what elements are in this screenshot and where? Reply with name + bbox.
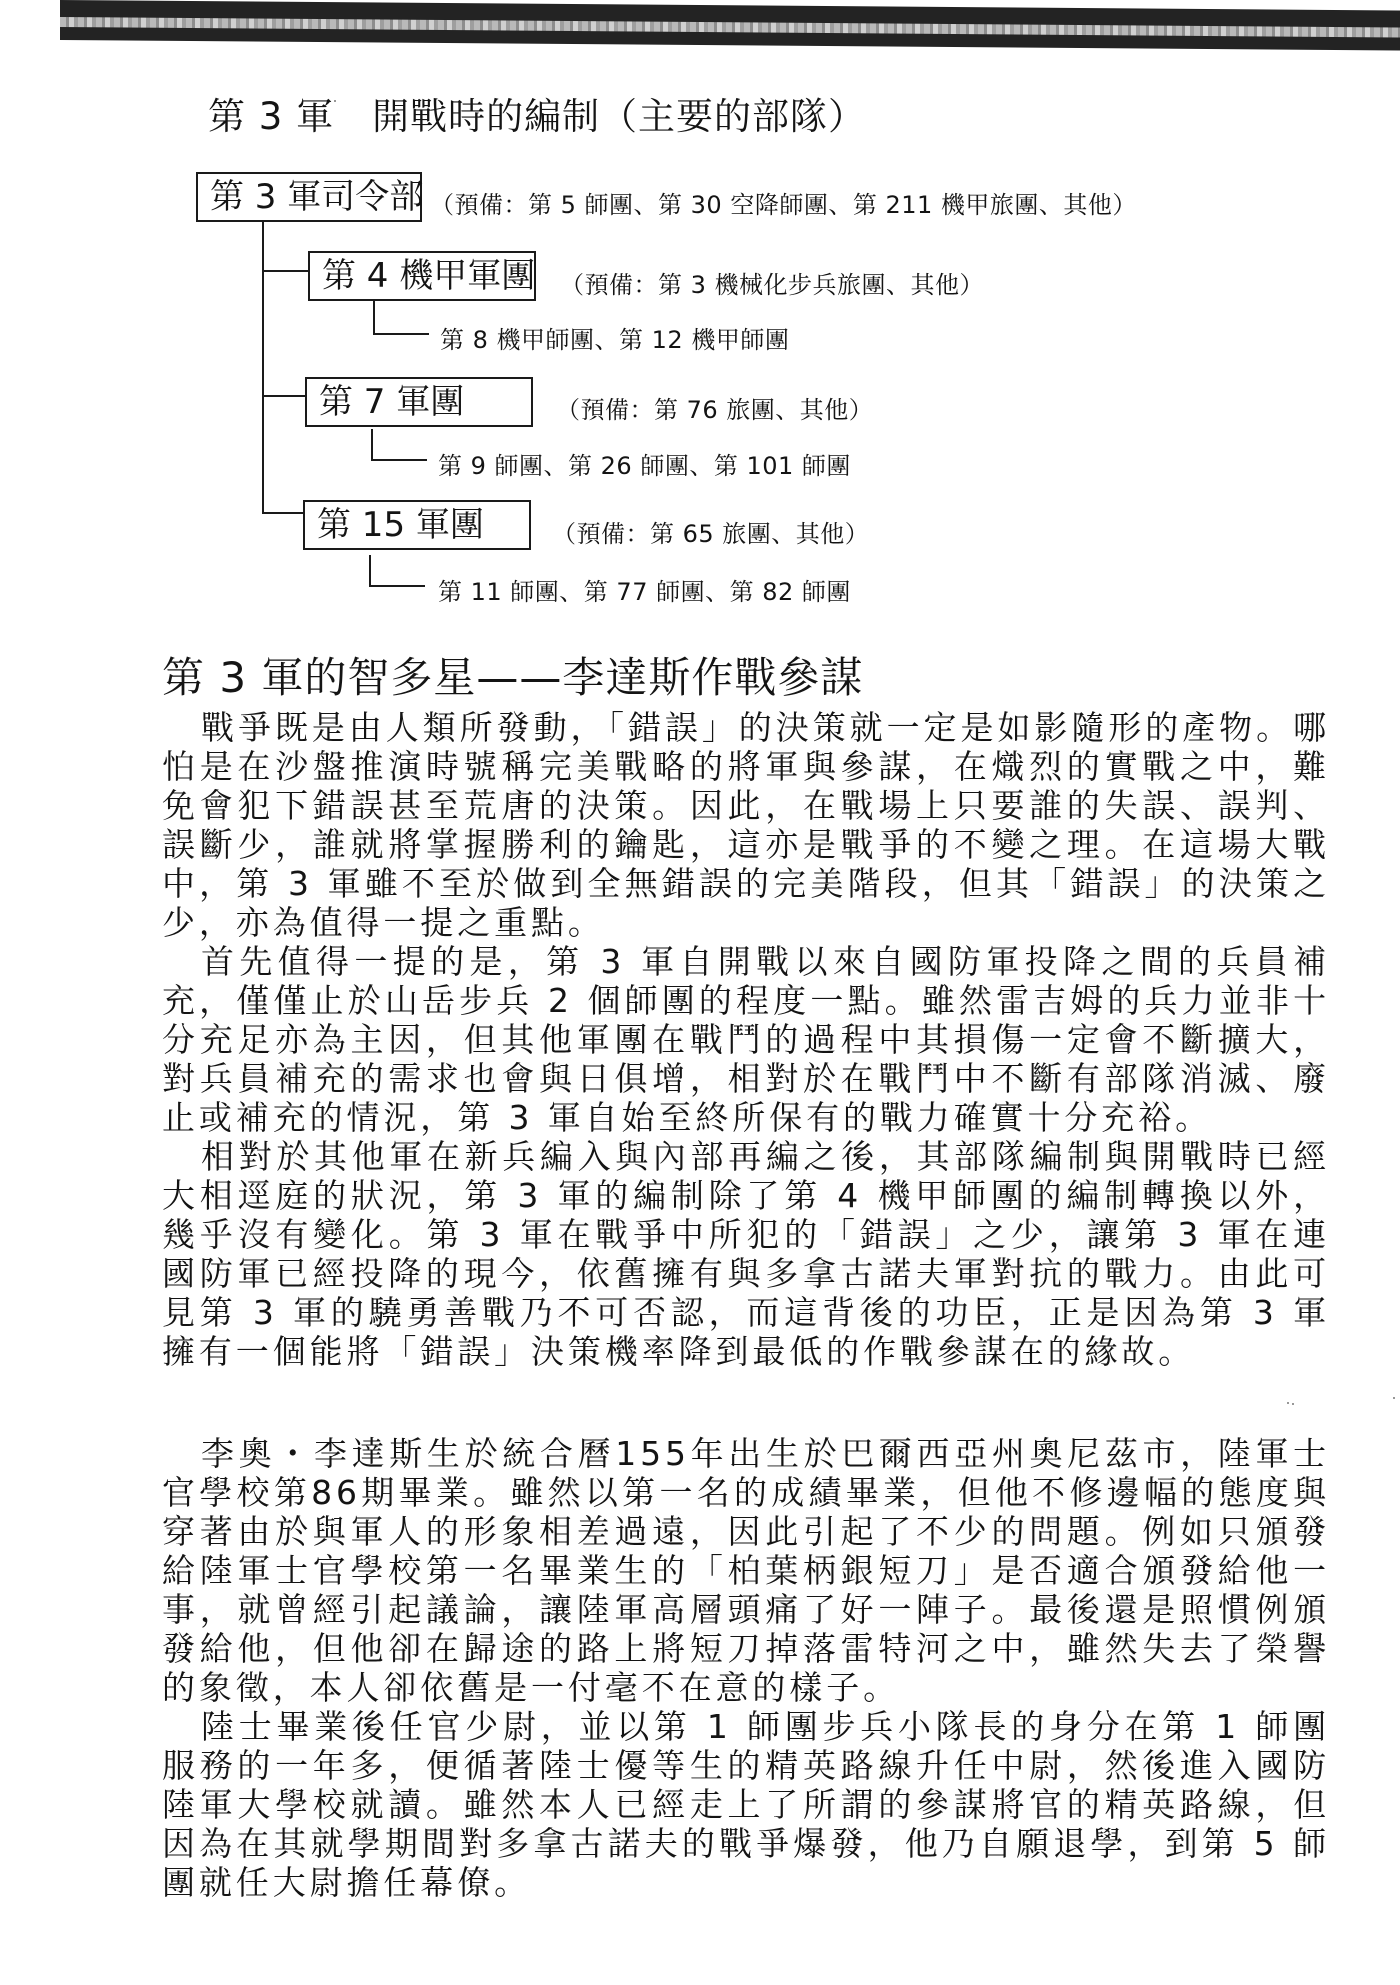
corps-box-15th: 第 15 軍團 <box>303 500 531 550</box>
paragraph: 首先值得一提的是，第 3 軍自開戰以來自國防軍投降之間的兵員補充，僅僅止於山岳步… <box>162 942 1330 1137</box>
article-section-2: 李奧・李達斯生於統合曆155年出生於巴爾西亞州奧尼茲市，陸軍士官學校第86期畢業… <box>162 1434 1330 1902</box>
scan-speck <box>1393 1397 1395 1399</box>
page-edge-band <box>60 0 1400 51</box>
division-branch-connector <box>369 585 425 587</box>
paragraph: 相對於其他軍在新兵編入與內部再編之後，其部隊編制與開戰時已經大相逕庭的狀況，第 … <box>162 1137 1330 1371</box>
corps-label: 第 7 軍團 <box>319 385 464 419</box>
corps-reserve: （預備：第 3 機械化步兵旅團、其他） <box>560 265 984 300</box>
root-hq-label: 第 3 軍司令部 <box>210 180 423 214</box>
corps-reserve: （預備：第 65 旅團、其他） <box>552 514 869 549</box>
article-section-1: 戰爭既是由人類所發動，「錯誤」的決策就一定是如影隨形的產物。哪怕是在沙盤推演時號… <box>162 708 1330 1371</box>
section-heading: 第 3 軍的智多星——李達斯作戰參謀 <box>162 645 863 705</box>
page-edge-stripe <box>60 17 1400 38</box>
paragraph: 戰爭既是由人類所發動，「錯誤」的決策就一定是如影隨形的產物。哪怕是在沙盤推演時號… <box>162 708 1330 942</box>
division-branch-connector <box>371 459 427 461</box>
paragraph: 陸士畢業後任官少尉，並以第 1 師團步兵小隊長的身分在第 1 師團服務的一年多，… <box>162 1707 1330 1902</box>
connector-corps-1 <box>262 270 310 272</box>
connector-corps-2 <box>262 395 308 397</box>
division-branch-line <box>369 555 371 587</box>
root-hq-box: 第 3 軍司令部 <box>196 172 422 222</box>
scan-speck <box>1287 1402 1289 1404</box>
corps-label: 第 4 機甲軍團 <box>322 259 535 293</box>
corps-box-7th: 第 7 軍團 <box>305 377 533 427</box>
org-trunk-line <box>262 222 264 514</box>
corps-divisions: 第 9 師團、第 26 師團、第 101 師團 <box>438 446 851 481</box>
corps-divisions: 第 8 機甲師團、第 12 機甲師團 <box>440 320 789 355</box>
division-branch-line <box>373 301 375 335</box>
scan-speck <box>1292 1403 1294 1405</box>
paragraph: 李奧・李達斯生於統合曆155年出生於巴爾西亞州奧尼茲市，陸軍士官學校第86期畢業… <box>162 1434 1330 1707</box>
division-branch-connector <box>373 333 429 335</box>
corps-label: 第 15 軍團 <box>317 508 484 542</box>
scan-speck <box>334 100 336 102</box>
org-chart-title: 第 3 軍 開戰時的編制（主要的部隊） <box>208 86 866 140</box>
division-branch-line <box>371 429 373 461</box>
corps-divisions: 第 11 師團、第 77 師團、第 82 師團 <box>438 572 851 607</box>
corps-reserve: （預備：第 76 旅團、其他） <box>556 390 873 425</box>
connector-corps-3 <box>262 512 308 514</box>
root-hq-reserve: （預備：第 5 師團、第 30 空降師團、第 211 機甲旅團、其他） <box>430 185 1137 220</box>
corps-box-4th-armored: 第 4 機甲軍團 <box>308 251 536 301</box>
